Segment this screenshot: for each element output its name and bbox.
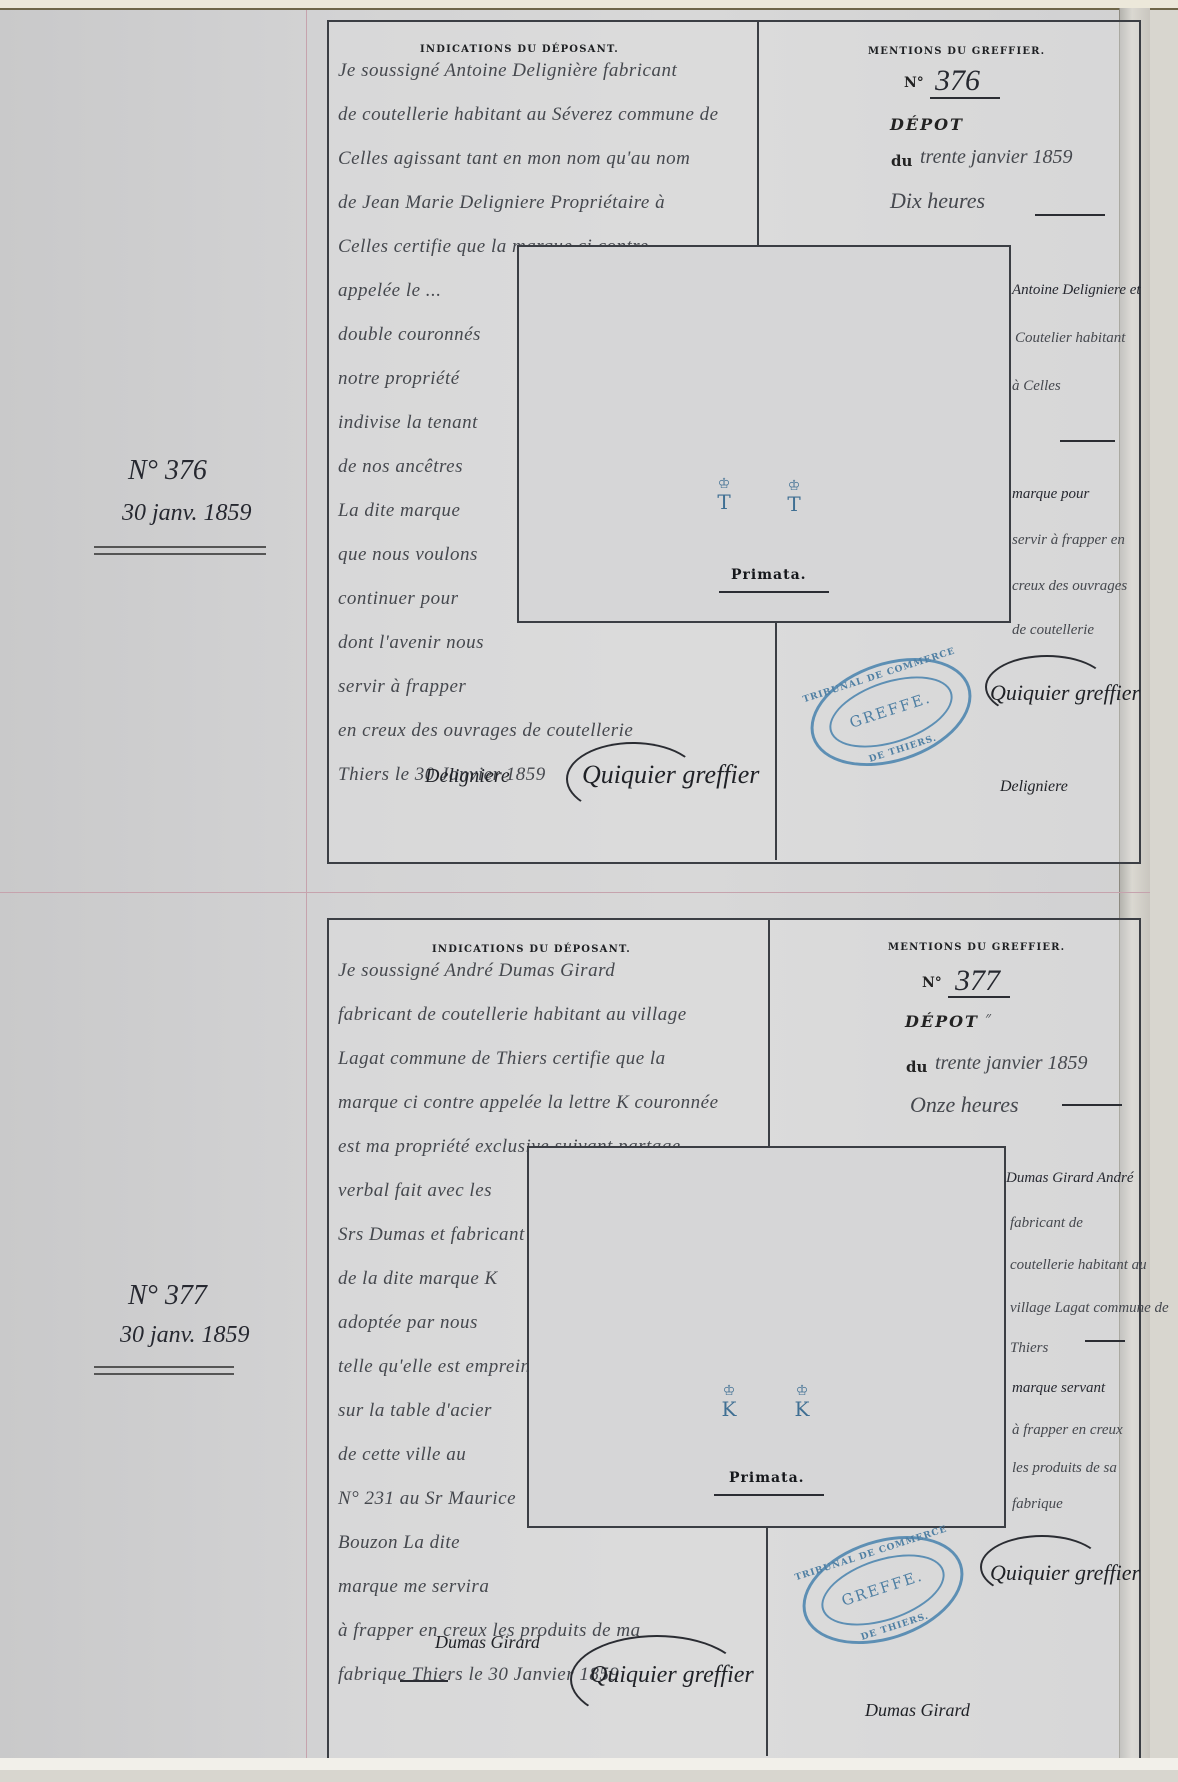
depot-hour: Onze heures (910, 1092, 1019, 1118)
declaration-line: de coutellerie habitant au Séverez commu… (338, 104, 719, 126)
declaration-line: Lagat commune de Thiers certifie que la (338, 1048, 666, 1070)
declaration-line: notre propriété (338, 368, 460, 390)
declarant-header: INDICATIONS DU DÉPOSANT. (420, 44, 619, 55)
trademark-glyph: ♔ T (779, 479, 809, 515)
declaration-line: appelée le ... (338, 280, 442, 302)
declarant-signature: Dumas Girard (435, 1632, 540, 1653)
trademark-name: Primata. (729, 1470, 805, 1486)
clerk-signature: Quiquier greffier (582, 760, 759, 790)
column-divider-top (768, 918, 770, 1146)
clerk-note-line: servir à frapper en (1012, 532, 1125, 549)
clerk-note-line: village Lagat commune de (1010, 1300, 1169, 1317)
greffier-counter-signature: Dumas Girard (865, 1700, 970, 1721)
trademark-name-underline (714, 1494, 824, 1496)
declaration-line: verbal fait avec les (338, 1180, 492, 1202)
clerk-note-underline (1085, 1340, 1125, 1342)
greffier-signature: Quiquier greffier (990, 680, 1140, 706)
signature-underline (400, 1680, 448, 1682)
hour-underline (1062, 1104, 1122, 1106)
greffier-signature: Quiquier greffier (990, 1560, 1140, 1586)
depot-label: DÉPOT (905, 1012, 979, 1031)
clerk-signature: Quiquier greffier (590, 1662, 754, 1689)
trademark-glyph: ♔ K (787, 1384, 817, 1420)
declaration-line: en creux des ouvrages de coutellerie (338, 720, 633, 742)
margin-note-number: N° 376 (128, 455, 207, 487)
declaration-line: La dite marque (338, 500, 460, 522)
trademark-box: ♔ T ♔ T Primata. (517, 245, 1011, 623)
du-label: du (891, 152, 912, 170)
crown-icon: ♔ (709, 477, 739, 491)
mark-letter: K (714, 1398, 744, 1420)
depot-hour: Dix heures (890, 188, 985, 214)
column-divider-top (757, 20, 759, 248)
clerk-header: MENTIONS DU GREFFIER. (888, 942, 1065, 953)
depot-date: trente janvier 1859 (920, 146, 1073, 169)
margin-note-number: N° 377 (128, 1280, 207, 1312)
clerk-note-line: à Celles (1012, 378, 1061, 395)
mark-letter: T (779, 493, 809, 515)
margin-rule-vertical (306, 10, 307, 1770)
clerk-note-line: fabricant de (1010, 1215, 1083, 1232)
mark-letter: K (787, 1398, 817, 1420)
clerk-note-line: de coutellerie (1012, 622, 1094, 639)
margin-rule-horizontal (0, 892, 1150, 893)
register-page: N° 376 30 janv. 1859 INDICATIONS DU DÉPO… (0, 0, 1150, 1770)
trademark-name: Primata. (731, 567, 807, 583)
clerk-note-line: creux des ouvrages (1012, 578, 1127, 595)
entry-number: 377 (955, 964, 1000, 998)
entry-number-underline (930, 97, 1000, 99)
hour-underline (1035, 214, 1105, 216)
column-divider-bottom (775, 622, 777, 860)
trademark-glyph: ♔ K (714, 1384, 744, 1420)
clerk-note-line: fabrique (1012, 1496, 1063, 1513)
page-top-edge (0, 0, 1178, 10)
declaration-line: de cette ville au (338, 1444, 466, 1466)
declaration-line: Je soussigné Antoine Delignière fabrican… (338, 60, 677, 82)
margin-note-date: 30 janv. 1859 (122, 500, 252, 527)
crown-icon: ♔ (787, 1384, 817, 1398)
clerk-note-line: Coutelier habitant (1015, 330, 1125, 347)
depot-date: trente janvier 1859 (935, 1052, 1088, 1075)
crown-icon: ♔ (714, 1384, 744, 1398)
declaration-line: double couronnés (338, 324, 481, 346)
margin-note-date: 30 janv. 1859 (120, 1322, 250, 1349)
declaration-line: Celles agissant tant en mon nom qu'au no… (338, 148, 690, 170)
trademark-name-underline (719, 591, 829, 593)
entry-number: 376 (935, 64, 980, 98)
clerk-note-line: Dumas Girard André (1006, 1170, 1134, 1187)
declaration-line: sur la table d'acier (338, 1400, 492, 1422)
depot-ditto: ״ (985, 1010, 991, 1028)
number-label: N° (922, 975, 942, 991)
greffier-counter-signature: Deligniere (1000, 778, 1068, 796)
declarant-signature: Deligniere (425, 765, 510, 788)
declaration-line: marque me servira (338, 1576, 489, 1598)
declaration-line: continuer pour (338, 588, 458, 610)
declaration-line: servir à frapper (338, 676, 466, 698)
declaration-line: Srs Dumas et fabricant (338, 1224, 525, 1246)
clerk-note-line: coutellerie habitant au (1010, 1257, 1147, 1274)
declaration-line: de la dite marque K (338, 1268, 498, 1290)
number-label: N° (904, 75, 924, 91)
clerk-note-line: à frapper en creux (1012, 1422, 1123, 1439)
declaration-line: dont l'avenir nous (338, 632, 484, 654)
declaration-line: de nos ancêtres (338, 456, 463, 478)
declaration-line: N° 231 au Sr Maurice (338, 1488, 516, 1510)
declaration-line: telle qu'elle est empreinte (338, 1356, 545, 1378)
declaration-line: Je soussigné André Dumas Girard (338, 960, 615, 982)
clerk-note-line: marque pour (1012, 486, 1089, 503)
entry-number-underline (948, 996, 1010, 998)
page-bottom-edge (0, 1758, 1178, 1770)
trademark-glyph: ♔ T (709, 477, 739, 513)
depot-label: DÉPOT (890, 115, 964, 134)
declaration-line: fabricant de coutellerie habitant au vil… (338, 1004, 687, 1026)
margin-note-underline (94, 546, 266, 555)
clerk-note-line: Thiers (1010, 1340, 1048, 1357)
mark-letter: T (709, 491, 739, 513)
declarant-header: INDICATIONS DU DÉPOSANT. (432, 944, 631, 955)
du-label: du (906, 1058, 927, 1076)
trademark-box: ♔ K ♔ K Primata. (527, 1146, 1006, 1528)
declaration-line: Bouzon La dite (338, 1532, 460, 1554)
clerk-note-underline (1060, 440, 1115, 442)
declaration-line: marque ci contre appelée la lettre K cou… (338, 1092, 719, 1114)
declaration-line: de Jean Marie Deligniere Propriétaire à (338, 192, 665, 214)
clerk-header: MENTIONS DU GREFFIER. (868, 46, 1045, 57)
margin-note-underline (94, 1366, 234, 1375)
clerk-note-line: marque servant (1012, 1380, 1105, 1397)
declaration-line: adoptée par nous (338, 1312, 478, 1334)
clerk-note-line: Antoine Deligniere et (1012, 282, 1141, 299)
clerk-note-line: les produits de sa (1012, 1460, 1117, 1477)
declaration-line: que nous voulons (338, 544, 478, 566)
column-divider-bottom (766, 1524, 768, 1756)
crown-icon: ♔ (779, 479, 809, 493)
declaration-line: indivise la tenant (338, 412, 478, 434)
